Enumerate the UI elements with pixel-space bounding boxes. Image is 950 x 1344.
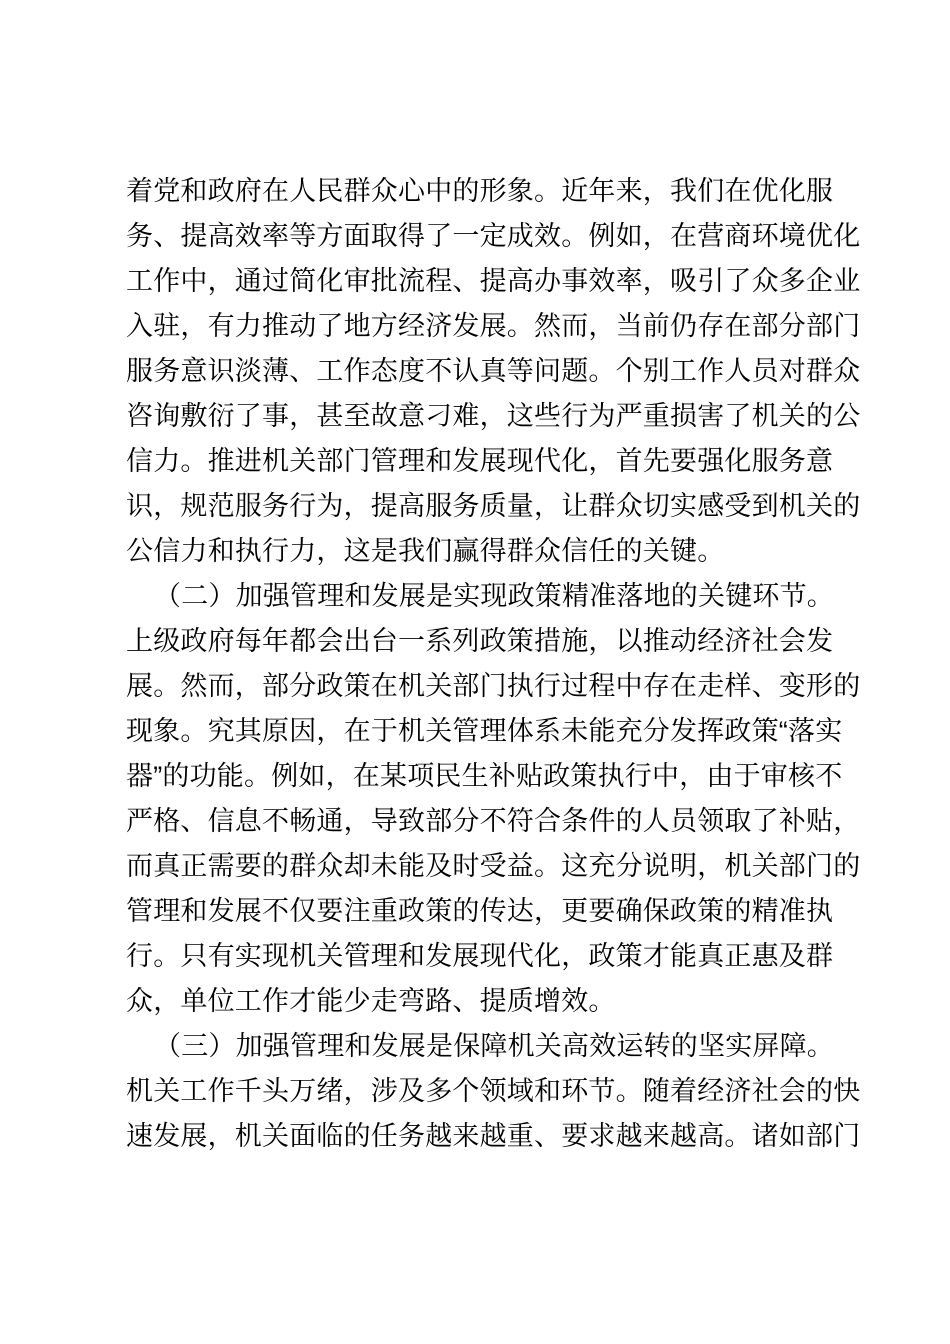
text-line: 识，规范服务行为，提高服务质量，让群众切实感受到机关的 <box>126 484 836 529</box>
text-line: 展。然而，部分政策在机关部门执行过程中存在走样、变形的 <box>126 664 836 709</box>
text-line: 众，单位工作才能少走弯路、提质增效。 <box>126 979 836 1024</box>
text-line: 务、提高效率等方面取得了一定成效。例如，在营商环境优化 <box>126 214 836 259</box>
document-body: 着党和政府在人民群众心中的形象。近年来，我们在优化服 务、提高效率等方面取得了一… <box>126 169 836 1159</box>
text-line: 而真正需要的群众却未能及时受益。这充分说明，机关部门的 <box>126 844 836 889</box>
document-page: 着党和政府在人民群众心中的形象。近年来，我们在优化服 务、提高效率等方面取得了一… <box>0 0 950 1344</box>
text-line: 行。只有实现机关管理和发展现代化，政策才能真正惠及群 <box>126 934 836 979</box>
text-line: （二）加强管理和发展是实现政策精准落地的关键环节。 <box>126 574 836 619</box>
text-line: 严格、信息不畅通，导致部分不符合条件的人员领取了补贴， <box>126 799 836 844</box>
text-line: 现象。究其原因，在于机关管理体系未能充分发挥政策“落实 <box>126 709 836 754</box>
text-line: 机关工作千头万绪，涉及多个领域和环节。随着经济社会的快 <box>126 1069 836 1114</box>
text-line: 管理和发展不仅要注重政策的传达，更要确保政策的精准执 <box>126 889 836 934</box>
text-line: 工作中，通过简化审批流程、提高办事效率，吸引了众多企业 <box>126 259 836 304</box>
text-line: 上级政府每年都会出台一系列政策措施，以推动经济社会发 <box>126 619 836 664</box>
paragraph-1: 着党和政府在人民群众心中的形象。近年来，我们在优化服 务、提高效率等方面取得了一… <box>126 169 836 574</box>
text-line: 咨询敷衍了事，甚至故意刁难，这些行为严重损害了机关的公 <box>126 394 836 439</box>
paragraph-2: （二）加强管理和发展是实现政策精准落地的关键环节。 上级政府每年都会出台一系列政… <box>126 574 836 1024</box>
text-line: 速发展，机关面临的任务越来越重、要求越来越高。诸如部门 <box>126 1114 836 1159</box>
text-line: 公信力和执行力，这是我们赢得群众信任的关键。 <box>126 529 836 574</box>
text-line: 服务意识淡薄、工作态度不认真等问题。个别工作人员对群众 <box>126 349 836 394</box>
text-line: 信力。推进机关部门管理和发展现代化，首先要强化服务意 <box>126 439 836 484</box>
text-line: 入驻，有力推动了地方经济发展。然而，当前仍存在部分部门 <box>126 304 836 349</box>
text-line: （三）加强管理和发展是保障机关高效运转的坚实屏障。 <box>126 1024 836 1069</box>
text-line: 器”的功能。例如，在某项民生补贴政策执行中，由于审核不 <box>126 754 836 799</box>
paragraph-3: （三）加强管理和发展是保障机关高效运转的坚实屏障。 机关工作千头万绪，涉及多个领… <box>126 1024 836 1159</box>
text-line: 着党和政府在人民群众心中的形象。近年来，我们在优化服 <box>126 169 836 214</box>
